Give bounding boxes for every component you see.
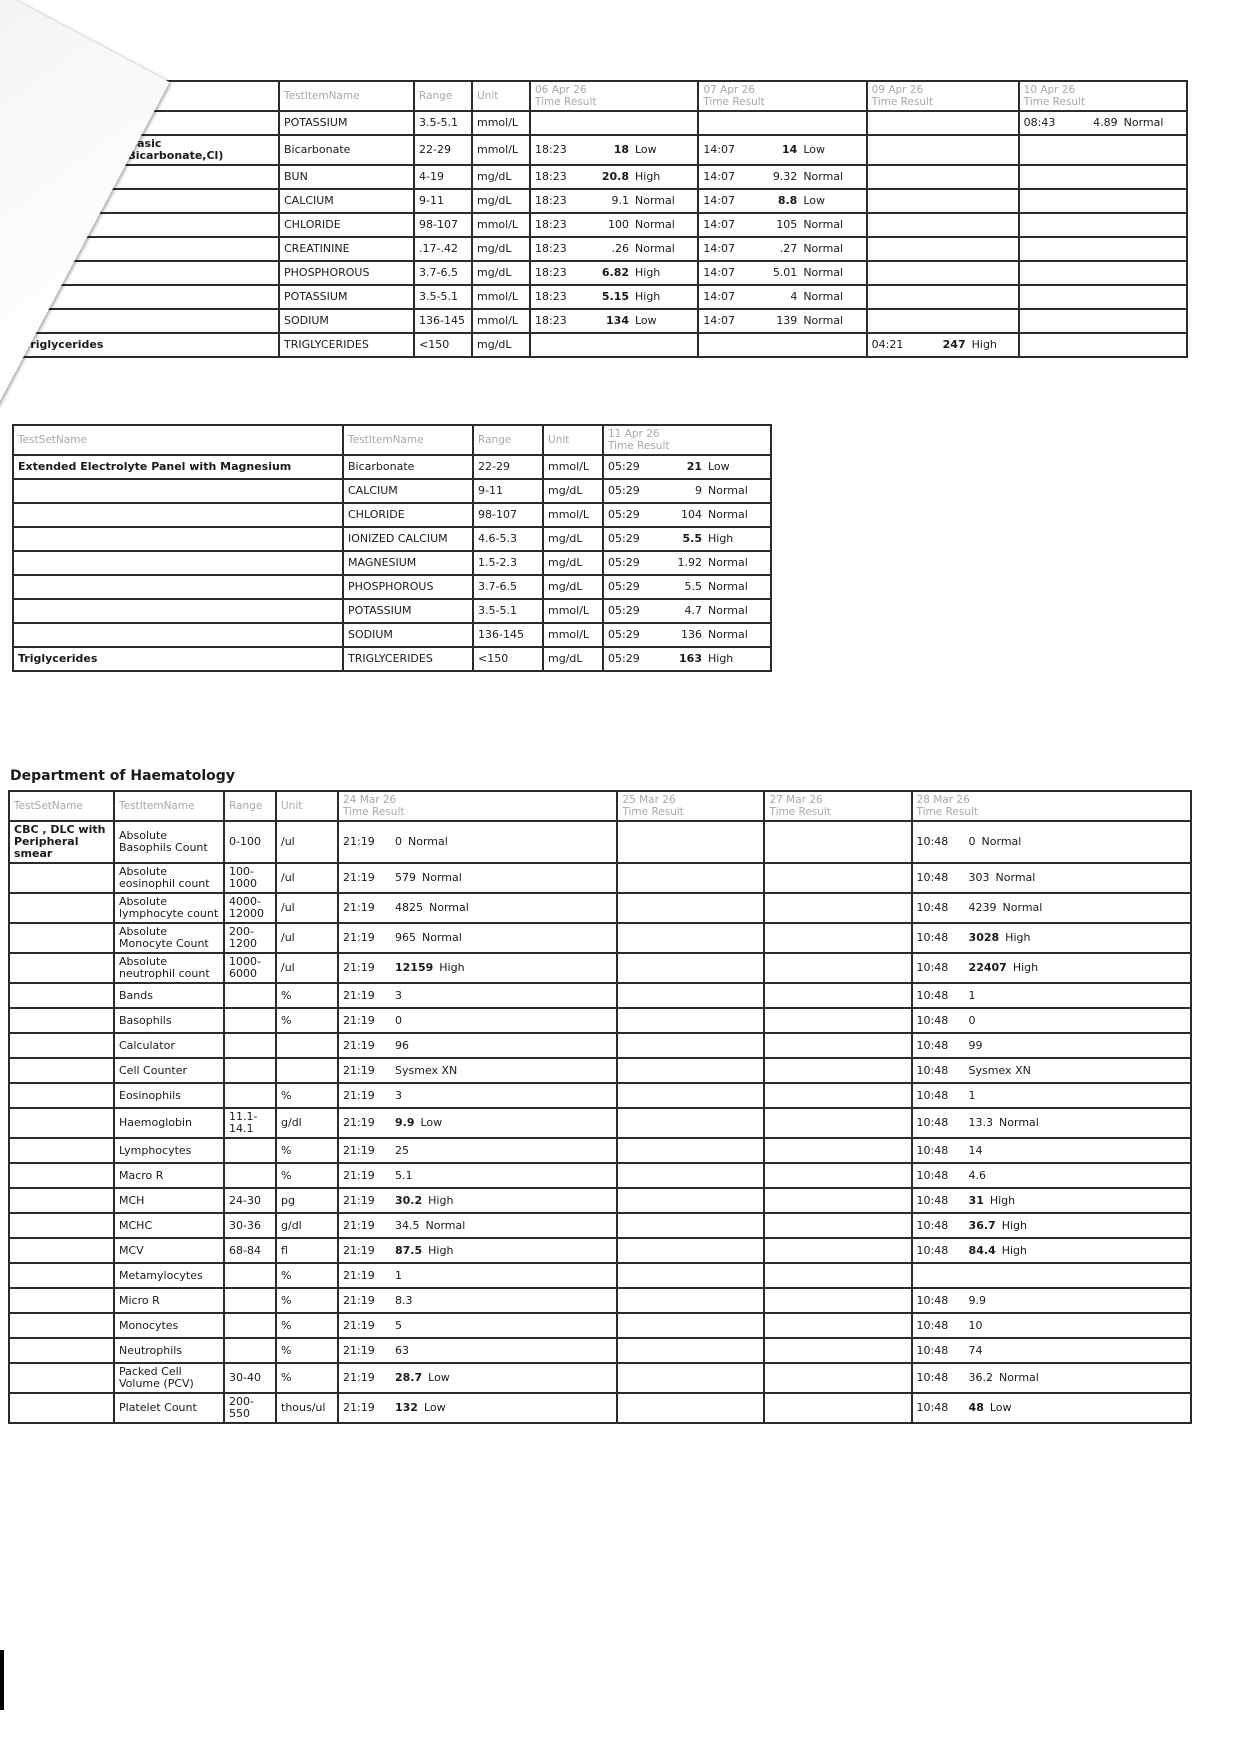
result-value: 21 bbox=[660, 461, 702, 473]
result-flag: Low bbox=[803, 144, 825, 156]
result-flag: Normal bbox=[982, 836, 1022, 848]
test-item-name: MCV bbox=[114, 1238, 224, 1263]
result-value: 14 bbox=[969, 1145, 983, 1157]
result-flag: Normal bbox=[422, 872, 462, 884]
result-value: 31 bbox=[969, 1195, 984, 1207]
test-set-name: CBC , DLC with Peripheral smear bbox=[9, 821, 114, 863]
result-value: 34.5 bbox=[395, 1220, 420, 1232]
test-item-name: Bicarbonate bbox=[279, 135, 414, 165]
result-cell bbox=[1019, 189, 1187, 213]
unit: mg/dL bbox=[543, 575, 603, 599]
result-value: 9.32 bbox=[755, 171, 797, 183]
result-value: 5.5 bbox=[660, 581, 702, 593]
reference-range bbox=[224, 1058, 276, 1083]
result-flag: Low bbox=[990, 1402, 1012, 1414]
test-set-name bbox=[9, 1363, 114, 1393]
department-title: Department of Haematology bbox=[10, 768, 235, 784]
result-value: 36.2 bbox=[969, 1372, 994, 1384]
test-set-name bbox=[19, 309, 279, 333]
test-item-name: Eosinophils bbox=[114, 1083, 224, 1108]
header-test-item: TestItemName bbox=[279, 81, 414, 111]
table-row: Haemoglobin11.1-14.1g/dl21:199.9Low10:48… bbox=[9, 1108, 1191, 1138]
result-time: 21:19 bbox=[343, 1040, 395, 1052]
header-range: Range bbox=[473, 425, 543, 455]
result-cell: 14:079.32Normal bbox=[698, 165, 866, 189]
header-unit: Unit bbox=[472, 81, 530, 111]
result-cell bbox=[617, 1058, 764, 1083]
result-cell bbox=[867, 111, 1019, 135]
result-value: 105 bbox=[755, 219, 797, 231]
result-cell: 21:19132Low bbox=[338, 1393, 617, 1423]
result-cell: 18:23.26Normal bbox=[530, 237, 698, 261]
unit: mmol/L bbox=[472, 309, 530, 333]
table-row: Absolute Monocyte Count200-1200/ul21:199… bbox=[9, 923, 1191, 953]
unit bbox=[276, 1058, 338, 1083]
result-cell bbox=[1019, 165, 1187, 189]
result-time: 21:19 bbox=[343, 1372, 395, 1384]
result-time: 10:48 bbox=[917, 1065, 969, 1077]
result-time: 21:19 bbox=[343, 1065, 395, 1077]
result-value: 36.7 bbox=[969, 1220, 996, 1232]
result-value: 87.5 bbox=[395, 1245, 422, 1257]
result-time: 14:07 bbox=[703, 195, 755, 207]
test-item-name: CREATININE bbox=[279, 237, 414, 261]
header-date-label: 10 Apr 26 bbox=[1024, 84, 1182, 96]
unit: mg/dL bbox=[472, 189, 530, 213]
result-value: 1.92 bbox=[660, 557, 702, 569]
result-value: 132 bbox=[395, 1402, 418, 1414]
result-time: 10:48 bbox=[917, 1117, 969, 1129]
result-cell: 10:4831High bbox=[912, 1188, 1191, 1213]
table-row: SODIUM136-145mmol/L05:29136Normal bbox=[13, 623, 771, 647]
result-cell: 21:19965Normal bbox=[338, 923, 617, 953]
test-set-name bbox=[9, 953, 114, 983]
result-time: 10:48 bbox=[917, 1170, 969, 1182]
table-row: CALCIUM9-11mg/dL18:239.1Normal14:078.8Lo… bbox=[19, 189, 1187, 213]
result-value: 1 bbox=[395, 1270, 402, 1282]
result-flag: Normal bbox=[996, 872, 1036, 884]
result-value: 0 bbox=[969, 836, 976, 848]
result-flag: Low bbox=[424, 1402, 446, 1414]
result-cell: 21:191 bbox=[338, 1263, 617, 1288]
result-time: 21:19 bbox=[343, 1195, 395, 1207]
test-set-name bbox=[9, 863, 114, 893]
result-time: 21:19 bbox=[343, 990, 395, 1002]
header-date-sub: Time Result bbox=[1024, 96, 1182, 108]
result-time: 14:07 bbox=[703, 243, 755, 255]
test-set-name bbox=[9, 893, 114, 923]
result-value: 9.9 bbox=[969, 1295, 987, 1307]
header-date-label: 24 Mar 26 bbox=[343, 794, 612, 806]
table-header-row: TestSetName TestItemName Range Unit 11 A… bbox=[13, 425, 771, 455]
result-cell: 21:199.9Low bbox=[338, 1108, 617, 1138]
result-value: Sysmex XN bbox=[969, 1065, 1031, 1077]
unit: % bbox=[276, 1083, 338, 1108]
result-time: 05:29 bbox=[608, 629, 660, 641]
unit: /ul bbox=[276, 893, 338, 923]
result-value: 100 bbox=[587, 219, 629, 231]
header-date-sub: Time Result bbox=[535, 96, 693, 108]
header-unit: Unit bbox=[276, 791, 338, 821]
result-cell: 05:291.92Normal bbox=[603, 551, 771, 575]
unit: mg/dL bbox=[472, 165, 530, 189]
unit: mg/dL bbox=[472, 261, 530, 285]
result-cell bbox=[764, 1138, 911, 1163]
unit: mg/dL bbox=[543, 479, 603, 503]
test-set-name bbox=[9, 1213, 114, 1238]
result-cell bbox=[764, 983, 911, 1008]
header-date-label: 07 Apr 26 bbox=[703, 84, 861, 96]
unit: mmol/L bbox=[543, 623, 603, 647]
result-cell bbox=[530, 111, 698, 135]
unit: % bbox=[276, 1313, 338, 1338]
unit: mg/dL bbox=[543, 551, 603, 575]
result-cell bbox=[617, 863, 764, 893]
result-value: 25 bbox=[395, 1145, 409, 1157]
result-time: 05:29 bbox=[608, 581, 660, 593]
result-cell bbox=[764, 1338, 911, 1363]
result-cell: 10:4814 bbox=[912, 1138, 1191, 1163]
result-cell bbox=[1019, 261, 1187, 285]
result-time: 05:29 bbox=[608, 653, 660, 665]
result-cell bbox=[764, 1263, 911, 1288]
result-value: 3 bbox=[395, 990, 402, 1002]
reference-range: 3.5-5.1 bbox=[473, 599, 543, 623]
test-item-name: Calculator bbox=[114, 1033, 224, 1058]
table-row: Absolute lymphocyte count4000-12000/ul21… bbox=[9, 893, 1191, 923]
unit: mmol/L bbox=[472, 285, 530, 309]
result-cell: 21:19579Normal bbox=[338, 863, 617, 893]
reference-range bbox=[224, 1288, 276, 1313]
result-flag: Normal bbox=[708, 581, 748, 593]
result-cell: 18:235.15High bbox=[530, 285, 698, 309]
test-item-name: Macro R bbox=[114, 1163, 224, 1188]
result-cell bbox=[912, 1263, 1191, 1288]
test-set-name bbox=[9, 1138, 114, 1163]
result-time: 10:48 bbox=[917, 836, 969, 848]
reference-range: <150 bbox=[414, 333, 472, 357]
test-item-name: Absolute lymphocyte count bbox=[114, 893, 224, 923]
test-item-name: SODIUM bbox=[343, 623, 473, 647]
table-header-row: TestItemName Range Unit 06 Apr 26Time Re… bbox=[19, 81, 1187, 111]
test-set-name bbox=[9, 1288, 114, 1313]
test-item-name: TRIGLYCERIDES bbox=[279, 333, 414, 357]
result-value: 18 bbox=[587, 144, 629, 156]
result-cell bbox=[617, 1363, 764, 1393]
test-set-name: Triglycerides bbox=[13, 647, 343, 671]
table-row: MCV68-84fl21:1987.5High10:4884.4High bbox=[9, 1238, 1191, 1263]
reference-range bbox=[224, 1338, 276, 1363]
reference-range: 1000-6000 bbox=[224, 953, 276, 983]
unit: % bbox=[276, 1338, 338, 1363]
table-row: SODIUM136-145mmol/L18:23134Low14:07139No… bbox=[19, 309, 1187, 333]
result-flag: Normal bbox=[708, 629, 748, 641]
unit: mg/dL bbox=[543, 647, 603, 671]
result-value: 4239 bbox=[969, 902, 997, 914]
result-time: 18:23 bbox=[535, 267, 587, 279]
result-flag: High bbox=[439, 962, 464, 974]
result-cell bbox=[617, 1008, 764, 1033]
result-cell bbox=[1019, 333, 1187, 357]
result-cell: 10:4874 bbox=[912, 1338, 1191, 1363]
result-flag: Normal bbox=[999, 1117, 1039, 1129]
test-set-name bbox=[9, 1238, 114, 1263]
result-cell bbox=[617, 1138, 764, 1163]
table-row: MAGNESIUM1.5-2.3mg/dL05:291.92Normal bbox=[13, 551, 771, 575]
test-set-name: Triglycerides bbox=[19, 333, 279, 357]
result-cell: 21:1912159High bbox=[338, 953, 617, 983]
result-time: 10:48 bbox=[917, 1402, 969, 1414]
reference-range: 100-1000 bbox=[224, 863, 276, 893]
test-item-name: MCHC bbox=[114, 1213, 224, 1238]
table-row: POTASSIUM3.5-5.1mmol/L05:294.7Normal bbox=[13, 599, 771, 623]
result-value: 0 bbox=[395, 1015, 402, 1027]
result-time: 05:29 bbox=[608, 557, 660, 569]
result-cell: 10:4813.3Normal bbox=[912, 1108, 1191, 1138]
result-flag: High bbox=[635, 291, 660, 303]
result-value: 163 bbox=[660, 653, 702, 665]
result-cell: 10:4899 bbox=[912, 1033, 1191, 1058]
test-item-name: MCH bbox=[114, 1188, 224, 1213]
result-cell: 10:480Normal bbox=[912, 821, 1191, 863]
result-value: 247 bbox=[924, 339, 966, 351]
result-time: 10:48 bbox=[917, 1220, 969, 1232]
result-flag: Normal bbox=[803, 291, 843, 303]
result-cell: 10:4884.4High bbox=[912, 1238, 1191, 1263]
test-set-name bbox=[9, 1108, 114, 1138]
test-item-name: POTASSIUM bbox=[279, 285, 414, 309]
result-time: 21:19 bbox=[343, 962, 395, 974]
result-cell: 10:484239Normal bbox=[912, 893, 1191, 923]
result-cell bbox=[1019, 135, 1187, 165]
result-cell: 18:236.82High bbox=[530, 261, 698, 285]
header-date-sub: Time Result bbox=[703, 96, 861, 108]
table-row: Lymphocytes%21:192510:4814 bbox=[9, 1138, 1191, 1163]
result-cell: 18:2318Low bbox=[530, 135, 698, 165]
result-time: 18:23 bbox=[535, 315, 587, 327]
result-cell: 10:481 bbox=[912, 983, 1191, 1008]
header-test-item: TestItemName bbox=[114, 791, 224, 821]
result-time: 21:19 bbox=[343, 1245, 395, 1257]
table-row: POTASSIUM3.5-5.1mmol/L18:235.15High14:07… bbox=[19, 285, 1187, 309]
test-set-name bbox=[13, 551, 343, 575]
reference-range bbox=[224, 1163, 276, 1188]
reference-range: 11.1-14.1 bbox=[224, 1108, 276, 1138]
result-time: 05:29 bbox=[608, 509, 660, 521]
unit: % bbox=[276, 1163, 338, 1188]
table-row: PHOSPHOROUS3.7-6.5mg/dL05:295.5Normal bbox=[13, 575, 771, 599]
unit: mmol/L bbox=[543, 503, 603, 527]
result-value: 5.15 bbox=[587, 291, 629, 303]
result-cell bbox=[764, 1313, 911, 1338]
unit: mmol/L bbox=[472, 135, 530, 165]
result-value: 12159 bbox=[395, 962, 433, 974]
result-cell: 10:484.6 bbox=[912, 1163, 1191, 1188]
test-item-name: Lymphocytes bbox=[114, 1138, 224, 1163]
result-value: 6.82 bbox=[587, 267, 629, 279]
result-cell bbox=[617, 1108, 764, 1138]
result-cell bbox=[617, 1213, 764, 1238]
result-time: 21:19 bbox=[343, 1345, 395, 1357]
result-cell: 10:483028High bbox=[912, 923, 1191, 953]
result-flag: Low bbox=[635, 144, 657, 156]
biochemistry-table: TestItemName Range Unit 06 Apr 26Time Re… bbox=[18, 80, 1188, 358]
result-cell bbox=[617, 1393, 764, 1423]
result-cell bbox=[764, 1213, 911, 1238]
header-date: 28 Mar 26Time Result bbox=[912, 791, 1191, 821]
unit: mmol/L bbox=[472, 213, 530, 237]
unit: thous/ul bbox=[276, 1393, 338, 1423]
test-set-name bbox=[9, 1033, 114, 1058]
test-item-name: Bicarbonate bbox=[343, 455, 473, 479]
table-row: CREATININE.17-.42mg/dL18:23.26Normal14:0… bbox=[19, 237, 1187, 261]
header-test-set: TestSetName bbox=[9, 791, 114, 821]
unit: mg/dL bbox=[472, 237, 530, 261]
reference-range: <150 bbox=[473, 647, 543, 671]
result-cell: 10:4836.2Normal bbox=[912, 1363, 1191, 1393]
result-flag: High bbox=[708, 653, 733, 665]
table-row: Packed Cell Volume (PCV)30-40%21:1928.7L… bbox=[9, 1363, 1191, 1393]
result-time: 10:48 bbox=[917, 1015, 969, 1027]
result-cell: 10:481 bbox=[912, 1083, 1191, 1108]
header-date-label: 25 Mar 26 bbox=[622, 794, 759, 806]
test-set-name bbox=[9, 983, 114, 1008]
test-set-name bbox=[9, 1313, 114, 1338]
header-date: 11 Apr 26Time Result bbox=[603, 425, 771, 455]
result-time: 21:19 bbox=[343, 932, 395, 944]
unit: mmol/L bbox=[472, 111, 530, 135]
result-flag: High bbox=[1002, 1245, 1027, 1257]
result-cell bbox=[867, 261, 1019, 285]
reference-range bbox=[224, 1138, 276, 1163]
result-value: 5 bbox=[395, 1320, 402, 1332]
reference-range: 0-100 bbox=[224, 821, 276, 863]
result-time: 14:07 bbox=[703, 315, 755, 327]
test-item-name: Cell Counter bbox=[114, 1058, 224, 1083]
result-cell bbox=[764, 1058, 911, 1083]
result-value: 1 bbox=[969, 1090, 976, 1102]
table-row: Bands%21:19310:481 bbox=[9, 983, 1191, 1008]
result-cell bbox=[764, 1238, 911, 1263]
result-flag: High bbox=[428, 1245, 453, 1257]
reference-range: 3.7-6.5 bbox=[473, 575, 543, 599]
header-test-item: TestItemName bbox=[343, 425, 473, 455]
result-flag: Normal bbox=[708, 605, 748, 617]
table-row: CHLORIDE98-107mmol/L05:29104Normal bbox=[13, 503, 771, 527]
result-flag: Normal bbox=[803, 219, 843, 231]
result-value: 4.7 bbox=[660, 605, 702, 617]
result-flag: High bbox=[708, 533, 733, 545]
result-flag: Normal bbox=[426, 1220, 466, 1232]
result-cell bbox=[617, 1188, 764, 1213]
result-flag: Normal bbox=[803, 243, 843, 255]
table-row: IONIZED CALCIUM4.6-5.3mg/dL05:295.5High bbox=[13, 527, 771, 551]
header-date-label: 11 Apr 26 bbox=[608, 428, 766, 440]
result-flag: High bbox=[1013, 962, 1038, 974]
unit: % bbox=[276, 1263, 338, 1288]
result-value: 136 bbox=[660, 629, 702, 641]
result-flag: Normal bbox=[803, 267, 843, 279]
test-set-name bbox=[13, 575, 343, 599]
result-cell: 05:29136Normal bbox=[603, 623, 771, 647]
result-time: 04:21 bbox=[872, 339, 924, 351]
result-value: 0 bbox=[395, 836, 402, 848]
result-time: 14:07 bbox=[703, 291, 755, 303]
result-flag: High bbox=[635, 171, 660, 183]
result-time: 18:23 bbox=[535, 243, 587, 255]
result-cell bbox=[764, 923, 911, 953]
result-cell bbox=[867, 237, 1019, 261]
result-cell: 21:198.3 bbox=[338, 1288, 617, 1313]
result-time: 21:19 bbox=[343, 872, 395, 884]
result-cell: 14:0714Low bbox=[698, 135, 866, 165]
unit: % bbox=[276, 1008, 338, 1033]
unit: fl bbox=[276, 1238, 338, 1263]
result-flag: High bbox=[635, 267, 660, 279]
result-cell: 08:434.89Normal bbox=[1019, 111, 1187, 135]
table-row: hemical Profile - Basic Jat,Ca,PO4,Na,K,… bbox=[19, 135, 1187, 165]
result-cell bbox=[867, 309, 1019, 333]
result-flag: Low bbox=[428, 1372, 450, 1384]
result-flag: High bbox=[990, 1195, 1015, 1207]
result-time: 10:48 bbox=[917, 990, 969, 1002]
test-set-name bbox=[9, 1058, 114, 1083]
result-cell: 10:489.9 bbox=[912, 1288, 1191, 1313]
result-value: 63 bbox=[395, 1345, 409, 1357]
test-set-name bbox=[13, 599, 343, 623]
result-flag: Low bbox=[635, 315, 657, 327]
result-time: 10:48 bbox=[917, 1195, 969, 1207]
result-value: 3028 bbox=[969, 932, 1000, 944]
table-row: Calculator21:199610:4899 bbox=[9, 1033, 1191, 1058]
unit: % bbox=[276, 1288, 338, 1313]
unit: /ul bbox=[276, 863, 338, 893]
result-time: 21:19 bbox=[343, 1145, 395, 1157]
result-time: 10:48 bbox=[917, 1090, 969, 1102]
reference-range: 3.5-5.1 bbox=[414, 285, 472, 309]
result-value: 4 bbox=[755, 291, 797, 303]
test-set-name bbox=[9, 1393, 114, 1423]
result-time: 18:23 bbox=[535, 219, 587, 231]
result-time: 21:19 bbox=[343, 1295, 395, 1307]
result-time: 10:48 bbox=[917, 962, 969, 974]
result-cell bbox=[764, 1083, 911, 1108]
header-date-sub: Time Result bbox=[769, 806, 906, 818]
test-item-name: Absolute Monocyte Count bbox=[114, 923, 224, 953]
reference-range: 4.6-5.3 bbox=[473, 527, 543, 551]
result-time: 21:19 bbox=[343, 1270, 395, 1282]
table-row: Absolute neutrophil count1000-6000/ul21:… bbox=[9, 953, 1191, 983]
result-value: 134 bbox=[587, 315, 629, 327]
reference-range: 24-30 bbox=[224, 1188, 276, 1213]
result-cell: 21:1928.7Low bbox=[338, 1363, 617, 1393]
table-row: MCHC30-36g/dl21:1934.5Normal10:4836.7Hig… bbox=[9, 1213, 1191, 1238]
result-time: 21:19 bbox=[343, 902, 395, 914]
result-cell bbox=[764, 953, 911, 983]
result-cell bbox=[617, 953, 764, 983]
table-row: Eosinophils%21:19310:481 bbox=[9, 1083, 1191, 1108]
result-time: 18:23 bbox=[535, 291, 587, 303]
unit: mmol/L bbox=[543, 599, 603, 623]
table-row: TriglyceridesTRIGLYCERIDES<150mg/dL05:29… bbox=[13, 647, 771, 671]
result-cell: 10:4822407High bbox=[912, 953, 1191, 983]
reference-range: 3.5-5.1 bbox=[414, 111, 472, 135]
header-range: Range bbox=[414, 81, 472, 111]
unit: mg/dL bbox=[543, 527, 603, 551]
header-date: 07 Apr 26Time Result bbox=[698, 81, 866, 111]
result-value: 4.89 bbox=[1076, 117, 1118, 129]
test-item-name: TRIGLYCERIDES bbox=[343, 647, 473, 671]
